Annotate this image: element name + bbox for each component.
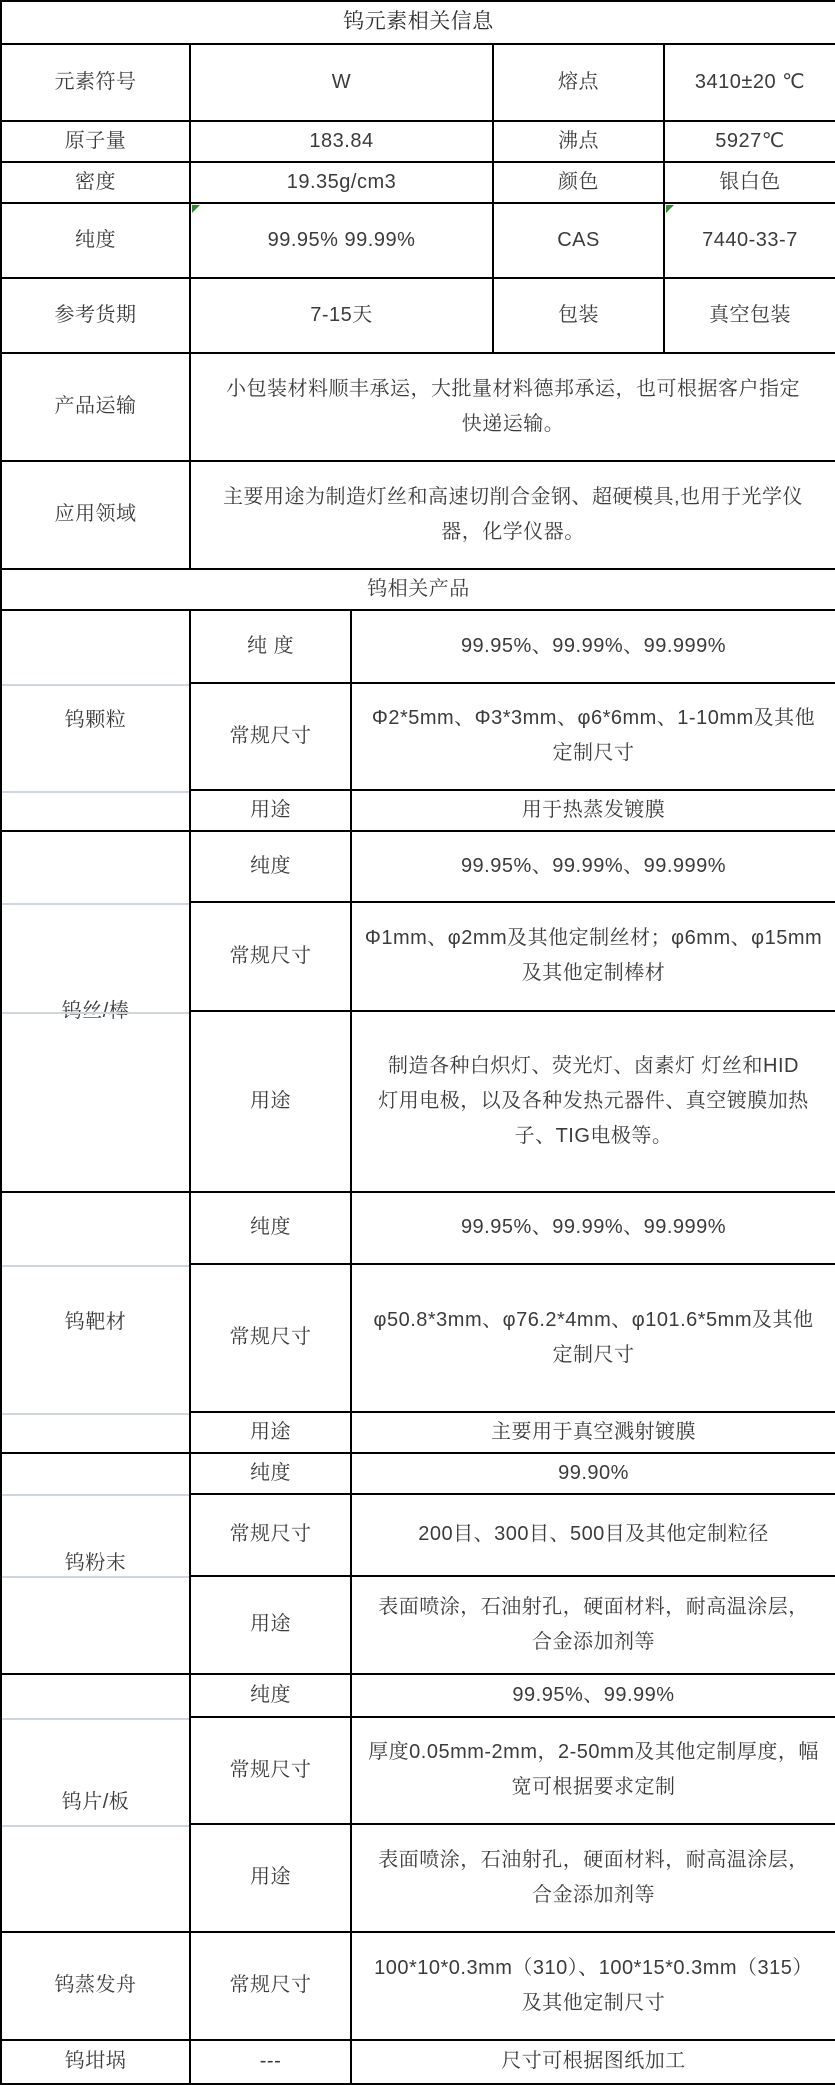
cell-separator-line [2, 791, 189, 793]
purity-value-text: 99.95% 99.99% [268, 229, 416, 251]
color-label: 颜色 [493, 162, 664, 203]
lead-time-value: 7-15天 [190, 278, 493, 353]
target-purity-value: 99.95%、99.99%、99.999% [351, 1192, 835, 1264]
comment-marker-icon [192, 205, 200, 213]
shipping-label: 产品运输 [1, 353, 190, 461]
color-value: 银白色 [664, 162, 835, 203]
product-name-label: 钨颗粒 [65, 709, 127, 731]
powder-use-value: 表面喷涂，石油射孔，硬面材料，耐高温涂层，合金添加剂等 [351, 1576, 835, 1674]
boat-size-value: 100*10*0.3mm（310）、100*15*0.3mm（315）及其他定制… [351, 1932, 835, 2040]
wire-purity-label: 纯度 [190, 831, 351, 902]
boiling-point-value: 5927℃ [664, 121, 835, 162]
cell-separator-line [2, 1825, 189, 1827]
atomic-weight-value: 183.84 [190, 121, 493, 162]
cas-value: 7440-33-7 [664, 203, 835, 278]
powder-purity-label: 纯度 [190, 1453, 351, 1494]
melting-point-label: 熔点 [493, 44, 664, 121]
tungsten-info-sheet: 钨元素相关信息 元素符号 W 熔点 3410±20 ℃ 原子量 183.84 沸… [0, 0, 835, 2085]
sheet-size-label: 常规尺寸 [190, 1717, 351, 1824]
boiling-point-label: 沸点 [493, 121, 664, 162]
cas-label: CAS [493, 203, 664, 278]
granule-purity-value: 99.95%、99.99%、99.999% [351, 610, 835, 683]
cell-separator-line [2, 1576, 189, 1578]
wire-use-label: 用途 [190, 1011, 351, 1192]
packaging-value: 真空包装 [664, 278, 835, 353]
target-size-value: φ50.8*3mm、φ76.2*4mm、φ101.6*5mm及其他定制尺寸 [351, 1264, 835, 1412]
powder-size-label: 常规尺寸 [190, 1494, 351, 1576]
product-name-tungsten-granule: 钨颗粒 [1, 610, 190, 831]
related-products-table: 钨相关产品 钨颗粒 纯 度 99.95%、99.99%、99.999% 常规尺寸… [0, 568, 835, 2085]
sheet-purity-value: 99.95%、99.99% [351, 1674, 835, 1717]
granule-size-label: 常规尺寸 [190, 683, 351, 790]
product-name-tungsten-target: 钨靶材 [1, 1192, 190, 1453]
products-section-header: 钨相关产品 [1, 569, 835, 610]
cell-separator-line [2, 1265, 189, 1267]
product-name-tungsten-crucible: 钨坩埚 [1, 2040, 190, 2084]
cell-separator-line [2, 1718, 189, 1720]
lead-time-label: 参考货期 [1, 278, 190, 353]
product-name-label: 钨片/板 [62, 1791, 130, 1813]
cell-separator-line [2, 903, 189, 905]
product-name-label: 钨丝/棒 [62, 1000, 130, 1022]
comment-marker-icon [666, 205, 674, 213]
cell-separator-line [2, 1012, 189, 1014]
product-name-tungsten-wire-rod: 钨丝/棒 [1, 831, 190, 1192]
granule-purity-label: 纯 度 [190, 610, 351, 683]
target-purity-label: 纯度 [190, 1192, 351, 1264]
crucible-size-label: --- [190, 2040, 351, 2084]
cell-separator-line [2, 684, 189, 686]
target-use-value: 主要用于真空溅射镀膜 [351, 1412, 835, 1453]
cas-value-text: 7440-33-7 [702, 229, 798, 251]
applications-label: 应用领域 [1, 461, 190, 569]
sheet-purity-label: 纯度 [190, 1674, 351, 1717]
target-size-label: 常规尺寸 [190, 1264, 351, 1412]
product-name-tungsten-sheet-plate: 钨片/板 [1, 1674, 190, 1932]
wire-purity-value: 99.95%、99.99%、99.999% [351, 831, 835, 902]
table-title: 钨元素相关信息 [1, 1, 835, 44]
boat-size-label: 常规尺寸 [190, 1932, 351, 2040]
product-name-tungsten-evaporation-boat: 钨蒸发舟 [1, 1932, 190, 2040]
element-symbol-value: W [190, 44, 493, 121]
crucible-size-value: 尺寸可根据图纸加工 [351, 2040, 835, 2084]
element-info-table: 钨元素相关信息 元素符号 W 熔点 3410±20 ℃ 原子量 183.84 沸… [0, 0, 835, 570]
product-name-tungsten-powder: 钨粉末 [1, 1453, 190, 1674]
granule-size-value: Φ2*5mm、Φ3*3mm、φ6*6mm、1-10mm及其他定制尺寸 [351, 683, 835, 790]
shipping-value: 小包装材料顺丰承运，大批量材料德邦承运，也可根据客户指定快递运输。 [190, 353, 835, 461]
applications-value: 主要用途为制造灯丝和高速切削合金钢、超硬模具,也用于光学仪器，化学仪器。 [190, 461, 835, 569]
sheet-use-value: 表面喷涂，石油射孔，硬面材料，耐高温涂层，合金添加剂等 [351, 1824, 835, 1932]
granule-use-label: 用途 [190, 790, 351, 831]
wire-size-value: Φ1mm、φ2mm及其他定制丝材；φ6mm、φ15mm及其他定制棒材 [351, 902, 835, 1011]
purity-value: 99.95% 99.99% [190, 203, 493, 278]
packaging-label: 包装 [493, 278, 664, 353]
density-value: 19.35g/cm3 [190, 162, 493, 203]
wire-size-label: 常规尺寸 [190, 902, 351, 1011]
cell-separator-line [2, 1413, 189, 1415]
powder-use-label: 用途 [190, 1576, 351, 1674]
purity-label: 纯度 [1, 203, 190, 278]
sheet-use-label: 用途 [190, 1824, 351, 1932]
target-use-label: 用途 [190, 1412, 351, 1453]
product-name-label: 钨靶材 [65, 1311, 127, 1333]
wire-use-value: 制造各种白炽灯、荧光灯、卤素灯 灯丝和HID灯用电极，以及各种发热元器件、真空镀… [351, 1011, 835, 1192]
atomic-weight-label: 原子量 [1, 121, 190, 162]
powder-purity-value: 99.90% [351, 1453, 835, 1494]
product-name-label: 钨粉末 [65, 1552, 127, 1574]
density-label: 密度 [1, 162, 190, 203]
melting-point-value: 3410±20 ℃ [664, 44, 835, 121]
granule-use-value: 用于热蒸发镀膜 [351, 790, 835, 831]
cell-separator-line [2, 1494, 189, 1496]
powder-size-value: 200目、300目、500目及其他定制粒径 [351, 1494, 835, 1576]
sheet-size-value: 厚度0.05mm-2mm，2-50mm及其他定制厚度，幅宽可根据要求定制 [351, 1717, 835, 1824]
element-symbol-label: 元素符号 [1, 44, 190, 121]
